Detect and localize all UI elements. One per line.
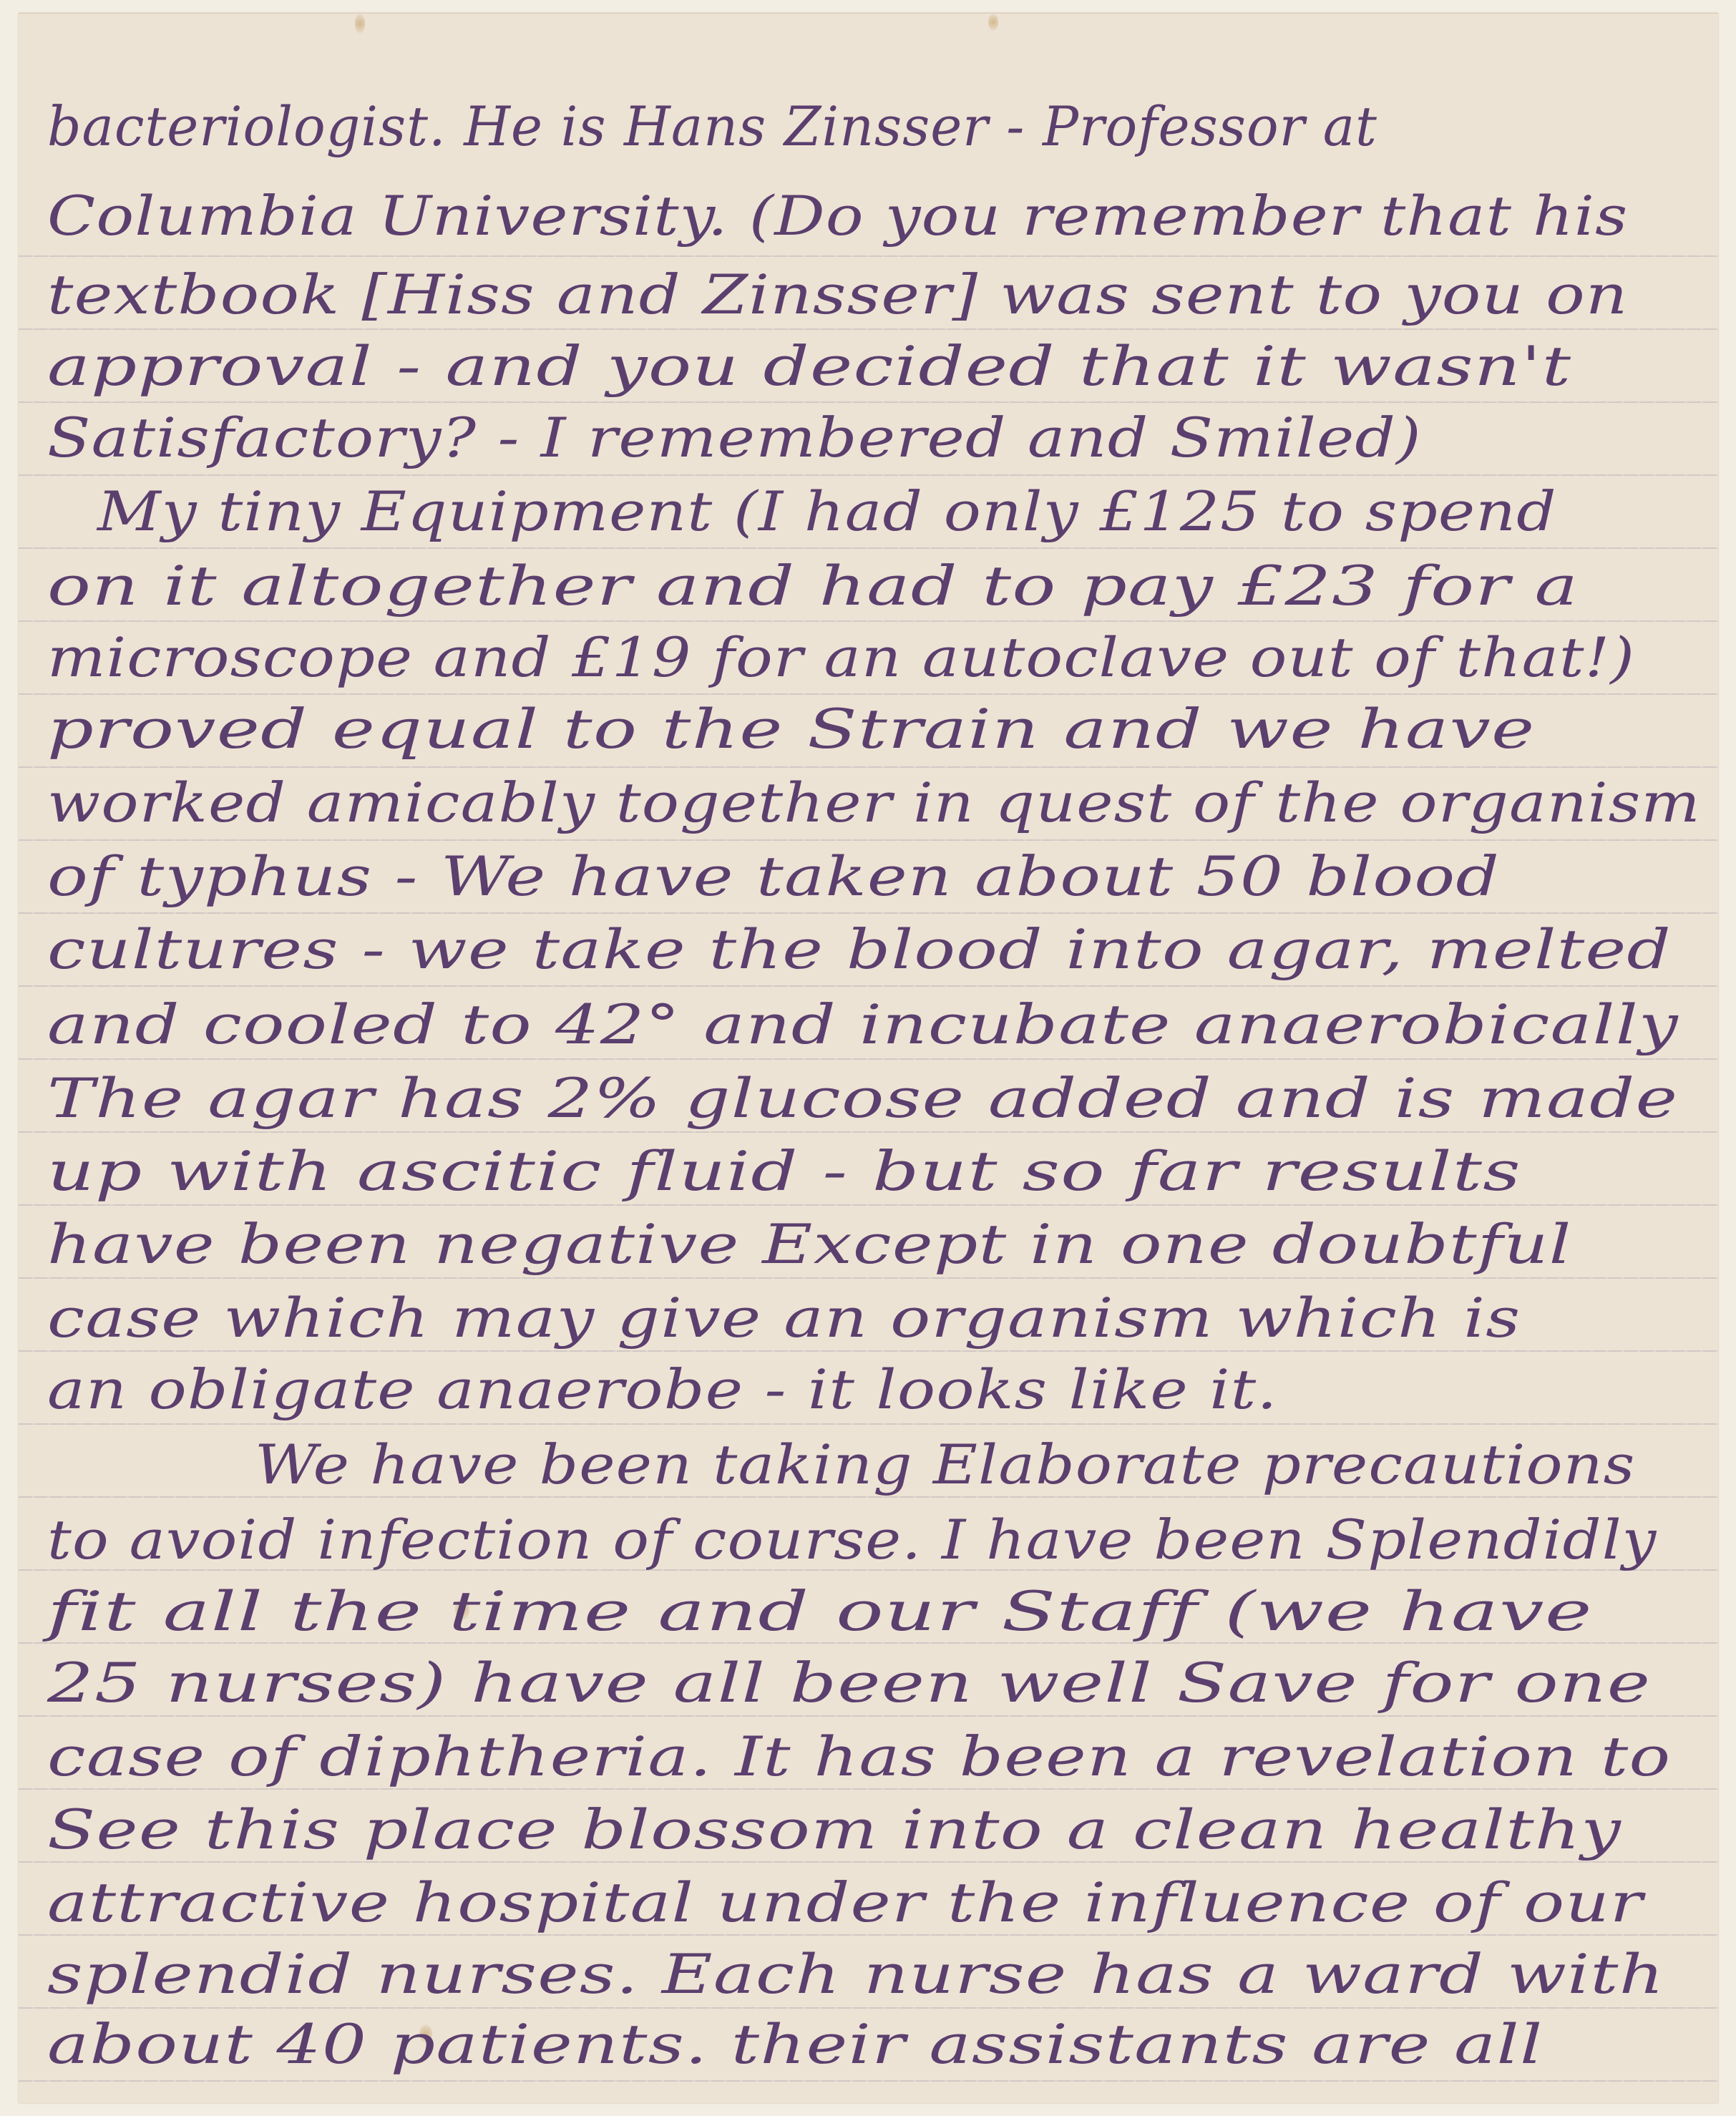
letter-line: on it altogether and had to pay £23 for … [47, 559, 1579, 613]
ruled-line [19, 1131, 1718, 1133]
ruled-line [19, 1788, 1718, 1790]
ruled-line [19, 328, 1718, 330]
letter-line: to avoid infection of course. I have bee… [47, 1513, 1657, 1567]
letter-line: 25 nurses) have all been well Save for o… [47, 1656, 1651, 1710]
ruled-line [19, 912, 1718, 914]
paper-stain [355, 14, 365, 34]
letter-line: microscope and £19 for an autoclave out … [47, 630, 1635, 685]
ruled-line [19, 401, 1718, 403]
ruled-line [19, 693, 1718, 695]
ruled-line [19, 1058, 1718, 1060]
letter-line: attractive hospital under the influence … [47, 1876, 1644, 1930]
letter-line: splendid nurses. Each nurse has a ward w… [47, 1947, 1664, 2002]
letter-line: and cooled to 42° and incubate anaerobic… [47, 998, 1679, 1052]
ruled-line [19, 474, 1718, 476]
ruled-line [19, 1204, 1718, 1206]
ruled-line [19, 1715, 1718, 1717]
letter-line: have been negative Except in one doubtfu… [47, 1217, 1572, 1272]
ruled-line [19, 1350, 1718, 1352]
letter-line: case which may give an organism which is [47, 1291, 1521, 1345]
letter-line: worked amicably together in quest of the… [47, 776, 1701, 830]
ruled-line [19, 985, 1718, 987]
letter-line: The agar has 2% glucose added and is mad… [47, 1071, 1678, 1126]
ruled-line [19, 2080, 1718, 2082]
ruled-line [19, 766, 1718, 768]
letter-line: bacteriologist. He is Hans Zinsser - Pro… [47, 99, 1377, 154]
letter-line: case of diphtheria. It has been a revela… [47, 1730, 1671, 1784]
ruled-line [19, 620, 1718, 622]
ruled-line [19, 1496, 1718, 1498]
letter-page: bacteriologist. He is Hans Zinsser - Pro… [19, 13, 1718, 2103]
paper-stain [988, 14, 998, 31]
letter-line: proved equal to the Strain and we have [47, 702, 1535, 756]
letter-line: approval - and you decided that it wasn'… [47, 339, 1571, 394]
ruled-line [19, 1934, 1718, 1936]
ruled-line [19, 1861, 1718, 1863]
ruled-line [19, 1423, 1718, 1425]
letter-line: Satisfactory? - I remembered and Smiled) [47, 411, 1422, 465]
letter-line: textbook [Hiss and Zinsser] was sent to … [47, 268, 1628, 322]
letter-line: cultures - we take the blood into agar, … [47, 922, 1672, 977]
letter-line: an obligate anaerobe - it looks like it. [47, 1362, 1278, 1417]
letter-line: of typhus - We have taken about 50 blood [47, 849, 1500, 904]
letter-line: about 40 patients. their assistants are … [47, 2017, 1544, 2072]
letter-line: See this place blossom into a clean heal… [47, 1803, 1622, 1857]
ruled-line [19, 2007, 1718, 2009]
ruled-line [19, 255, 1718, 257]
ruled-line [19, 839, 1718, 841]
letter-line: My tiny Equipment (I had only £125 to sp… [97, 484, 1557, 539]
letter-line: We have been taking Elaborate precaution… [255, 1438, 1635, 1492]
letter-line: Columbia University. (Do you remember th… [47, 189, 1628, 243]
letter-line: fit all the time and our Staff (we have [47, 1584, 1593, 1639]
ruled-line [19, 547, 1718, 549]
ruled-line [19, 1277, 1718, 1279]
letter-line: up with ascitic fluid - but so far resul… [47, 1144, 1521, 1199]
